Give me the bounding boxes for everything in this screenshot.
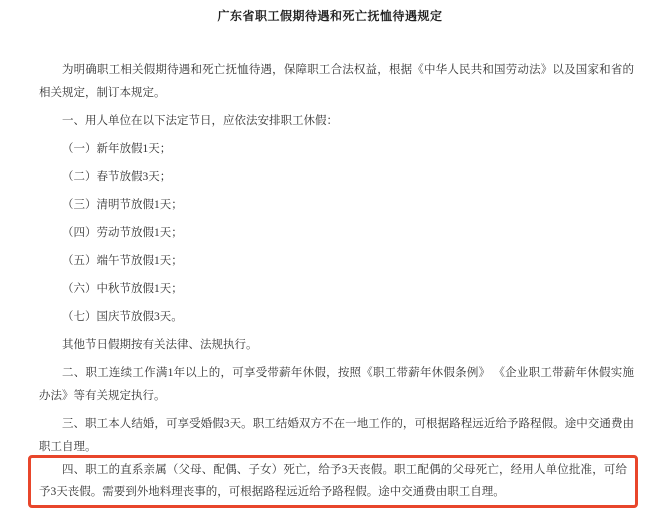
paragraph-section-4-highlighted: 四、职工的直系亲属（父母、配偶、子女）死亡，给予3天丧假。职工配偶的父母死亡，经… xyxy=(39,459,627,503)
paragraph-other-holidays: 其他节日假期按有关法律、法规执行。 xyxy=(39,334,634,357)
document-body: 为明确职工相关假期待遇和死亡抚恤待遇，保障职工合法权益，根据《中华人民共和国劳动… xyxy=(0,23,660,508)
document-page: 广东省职工假期待遇和死亡抚恤待遇规定 为明确职工相关假期待遇和死亡抚恤待遇，保障… xyxy=(0,0,660,510)
paragraph-intro: 为明确职工相关假期待遇和死亡抚恤待遇，保障职工合法权益，根据《中华人民共和国劳动… xyxy=(39,59,634,105)
paragraph-section-2: 二、职工连续工作满1年以上的，可享受带薪年休假，按照《职工带薪年休假条例》 《企… xyxy=(39,362,634,408)
paragraph-section-1: 一、用人单位在以下法定节日，应依法安排职工休假： xyxy=(39,110,634,133)
document-title: 广东省职工假期待遇和死亡抚恤待遇规定 xyxy=(0,0,660,23)
holiday-item-2: （二）春节放假3天； xyxy=(39,166,634,189)
holiday-item-5: （五）端午节放假1天； xyxy=(39,250,634,273)
holiday-item-4: （四）劳动节放假1天； xyxy=(39,222,634,245)
holiday-item-6: （六）中秋节放假1天； xyxy=(39,278,634,301)
paragraph-section-3: 三、职工本人结婚，可享受婚假3天。职工结婚双方不在一地工作的，可根据路程远近给予… xyxy=(39,413,634,459)
holiday-item-7: （七）国庆节放假3天。 xyxy=(39,306,634,329)
holiday-item-1: （一）新年放假1天； xyxy=(39,138,634,161)
holiday-item-3: （三）清明节放假1天； xyxy=(39,194,634,217)
highlight-annotation-box: 四、职工的直系亲属（父母、配偶、子女）死亡，给予3天丧假。职工配偶的父母死亡，经… xyxy=(28,455,638,508)
